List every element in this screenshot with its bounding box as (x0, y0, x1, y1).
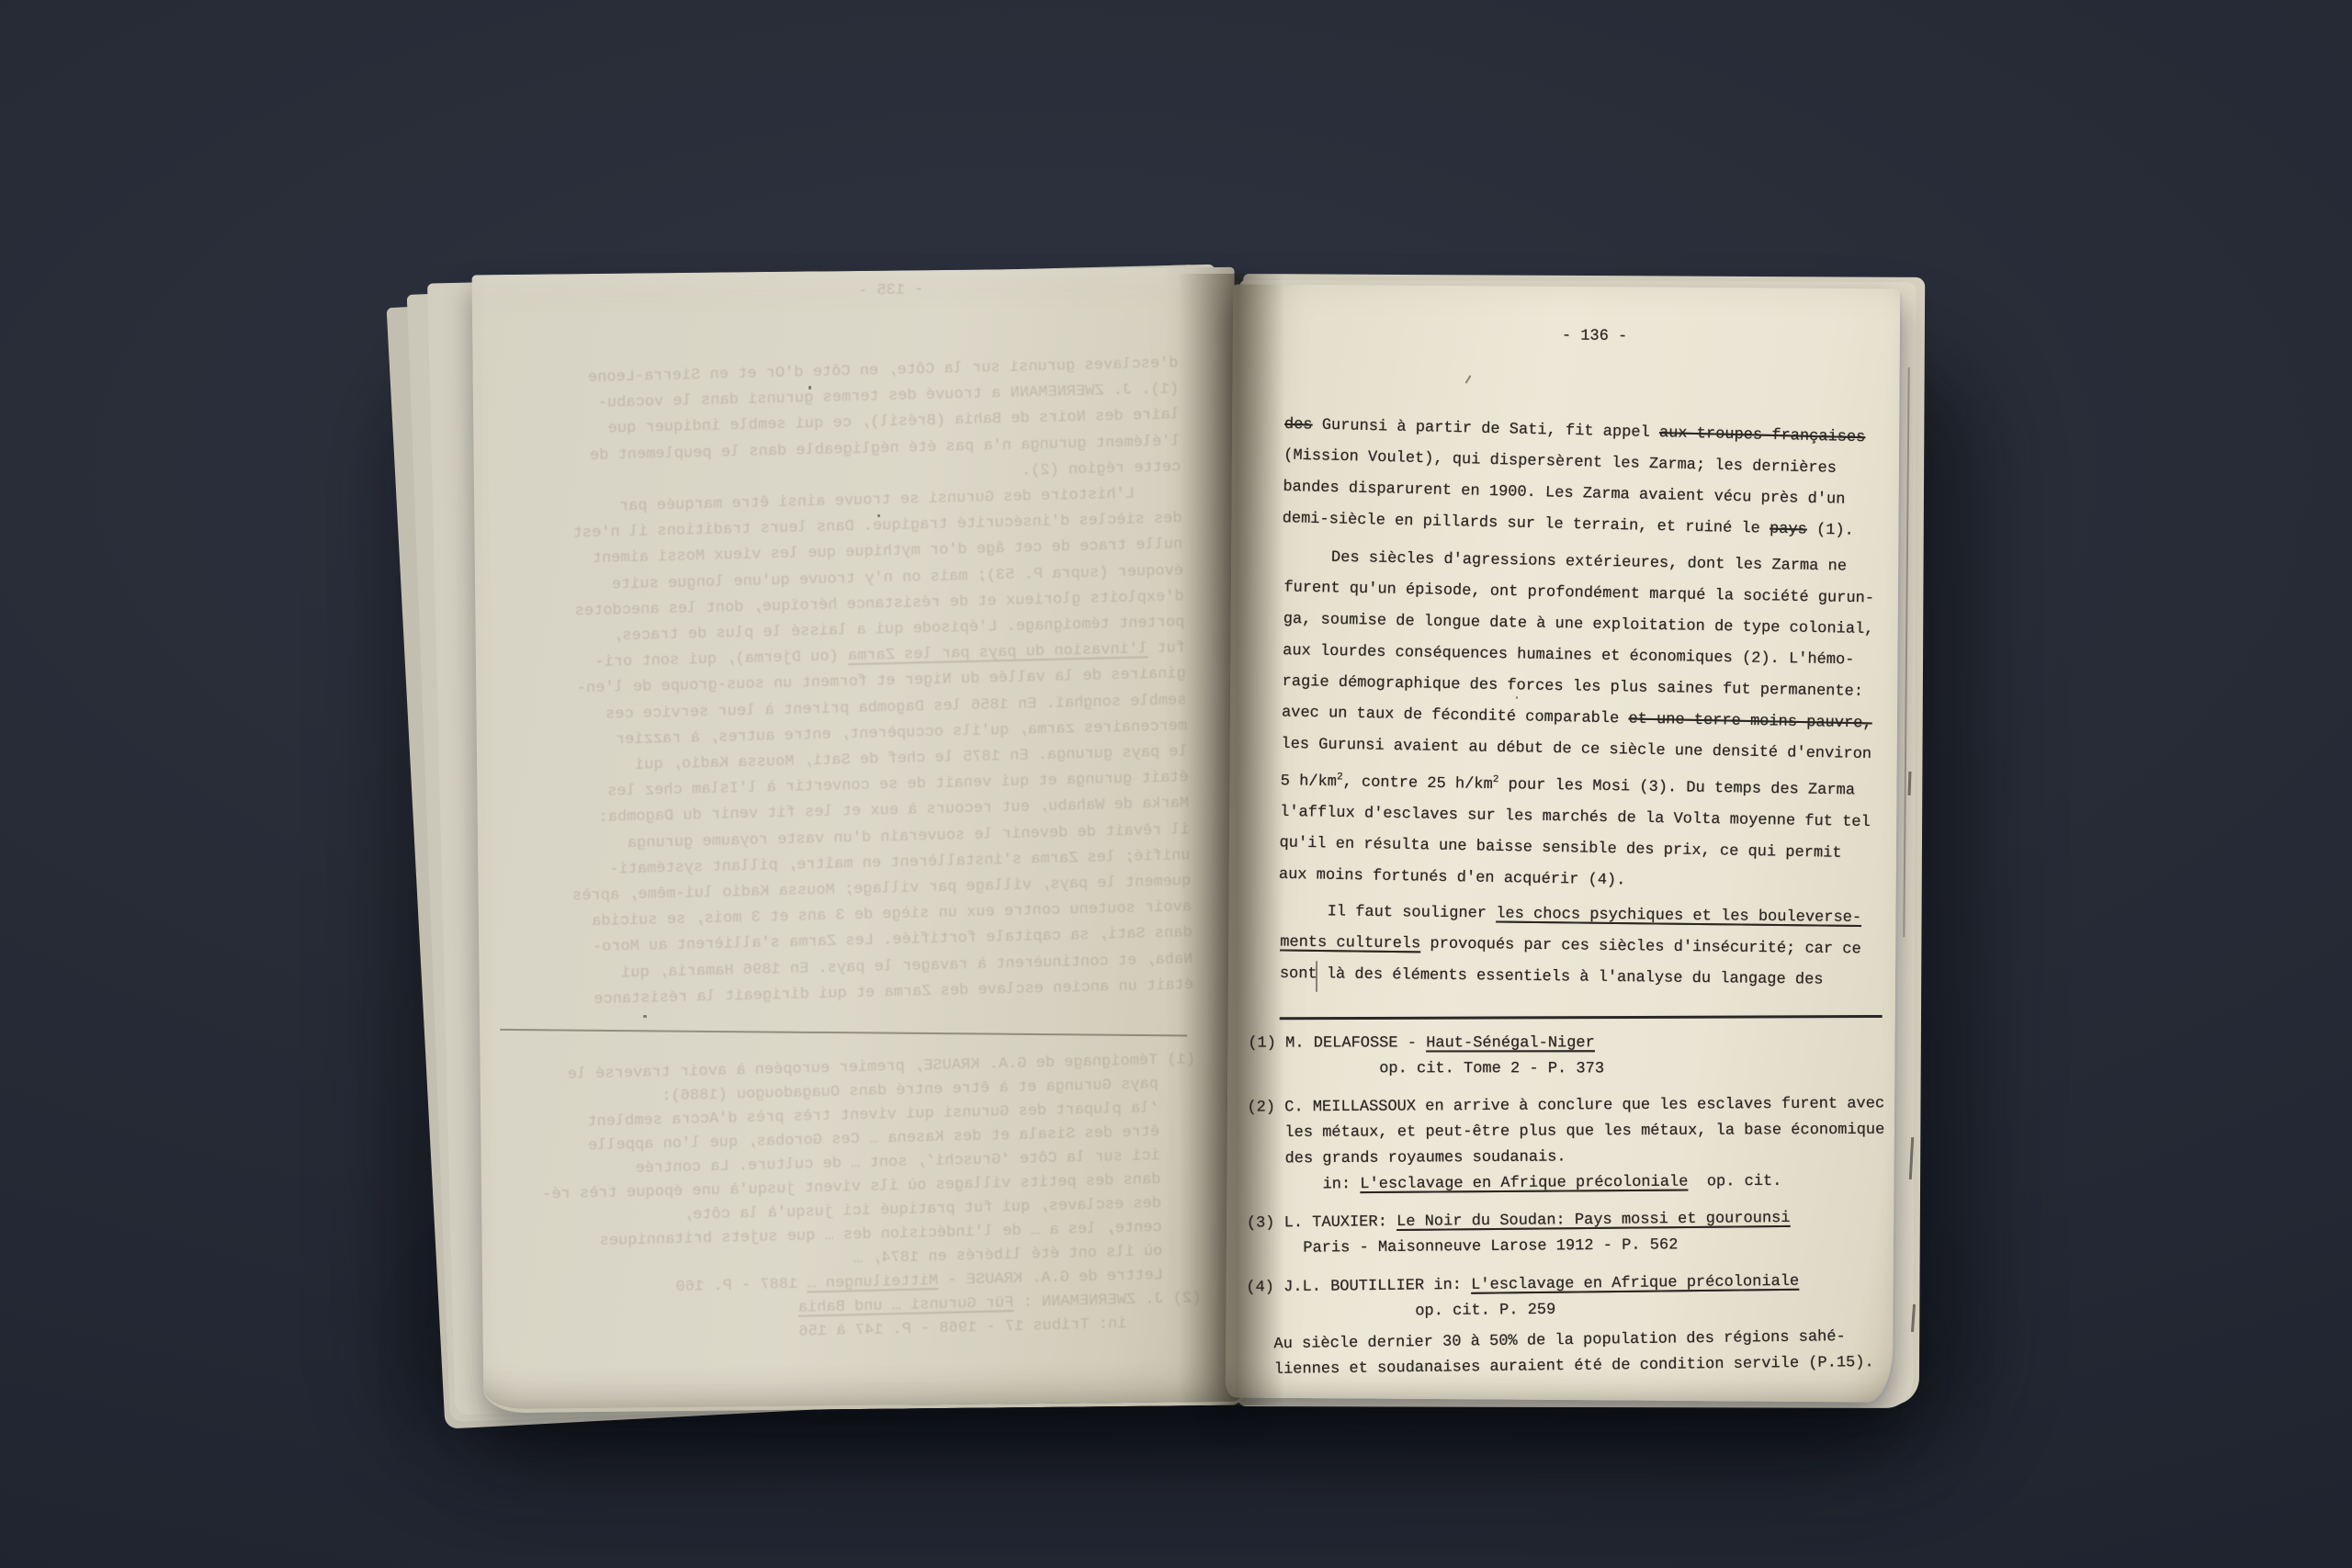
text-line: où ils ont été libérés en 1874, … (557, 1239, 1200, 1279)
text-line: des siècles d'insécurité tragique. Dans … (538, 507, 1182, 548)
footnote-2: (2) C. MEILLASSOUX en arrive à conclure … (1247, 1091, 1885, 1198)
text-line: cette région (2). (537, 455, 1181, 496)
text-line: (1) Témoignage de G.A. KRAUSE, premier e… (552, 1048, 1195, 1088)
text-line: portent témoignage. L'épisode qui a lais… (541, 610, 1184, 651)
text-line: était un ancien esclave des Zarma et qui… (550, 973, 1193, 1014)
text-line: (4) J.L. BOUTILLIER in: L'esclavage en A… (1246, 1269, 1883, 1302)
show-through-text: - 135 - d'esclaves gurunsi sur la Côte, … (472, 267, 1247, 1410)
page-stack-edge (407, 265, 1240, 1422)
text-line: liennes et soudanaises auraient été de c… (1246, 1350, 1883, 1383)
ghost-page-number: - 135 - (858, 276, 924, 306)
text-line: fut l'invasion du pays par les Zarma (ou… (542, 637, 1185, 678)
right-page: - 136 - des Gurunsi à partir de Sati, fi… (1226, 284, 1900, 1402)
text-line: d'exploits glorieux et de résistance hér… (541, 584, 1184, 626)
dust-speck (808, 386, 811, 389)
book-photo: - 135 - d'esclaves gurunsi sur la Côte, … (0, 0, 2352, 1568)
text-line: les métaux, et peut-être plus que les mé… (1248, 1118, 1885, 1146)
text-line: laire des Noirs de Bahia (Brésil), ce qu… (537, 403, 1180, 445)
text-line: Marka de Wahabu, eut recours à eux et le… (546, 792, 1189, 833)
text-line: avoir soutenu contre eux un siège de 3 a… (548, 895, 1192, 936)
page-edge-line (1903, 367, 1909, 937)
page-stack-edge (1237, 280, 1916, 1408)
text-line: bandes disparurent en 1900. Les Zarma av… (1283, 472, 1890, 517)
text-line: (1) M. DELAFOSSE - Haut-Sénégal-Niger (1248, 1031, 1885, 1057)
text-line: aux lourdes conséquences humaines et éco… (1283, 636, 1889, 677)
text-line: qu'il en résulta une baisse sensible des… (1279, 828, 1886, 870)
left-page: - 135 - d'esclaves gurunsi sur la Côte, … (472, 267, 1247, 1414)
text-line: Lettre de G.A. KRAUSE - Mitteilungen … 1… (558, 1263, 1201, 1303)
text-line: 5 h/km2, contre 25 h/km2 pour les Mosi (… (1280, 761, 1887, 807)
text-line: des grands royaumes soudanais. (1248, 1143, 1885, 1172)
text-line: demi-siècle en pillards sur le terrain, … (1282, 503, 1889, 547)
page-edge-ink-mark (1911, 1304, 1916, 1332)
text-line: il rêvait de devenir le souverain d'un v… (547, 818, 1190, 859)
text-line: l'afflux d'esclaves sur les marchés de l… (1280, 797, 1886, 840)
text-line: unifié; les Zarma s'installèrent en maît… (547, 843, 1190, 885)
text-line: ‘la plupart des Gurunsi qui vivent très … (553, 1096, 1196, 1135)
page-stack-edge (1238, 274, 1925, 1405)
text-line: L'histoire des Gurunsi se trouve ainsi ê… (538, 480, 1182, 522)
text-line: (Mission Voulet), qui dispersèrent les Z… (1283, 440, 1891, 486)
text-line: des esclaves, qui fut pratiqué ici jusqu… (556, 1191, 1199, 1231)
text-line: pays Gurunga et à être entré dans Ouagad… (553, 1072, 1196, 1111)
text-line: semble songhaï. En 1856 les Dagomba prir… (543, 688, 1186, 729)
dust-speck (643, 1015, 647, 1018)
text-line: (2) J. ZWERNEMANN : Für Gurunsi … und Ba… (558, 1287, 1201, 1326)
text-line: les Gurunsi avaient au début de ce siècl… (1281, 729, 1887, 772)
body-paragraph-2: Des siècles d'agressions extérieures, do… (1279, 542, 1892, 901)
footnote-4: (4) J.L. BOUTILLIER in: L'esclavage en A… (1246, 1269, 1884, 1327)
book-shadow (395, 349, 1975, 1461)
book-bottom-shadow (478, 1286, 1893, 1442)
text-line: sont là des éléments essentiels à l'anal… (1280, 959, 1886, 997)
text-line: op. cit. Tome 2 - P. 373 (1248, 1056, 1885, 1082)
text-line: avec un taux de fécondité comparable et … (1282, 697, 1889, 739)
text-line: aux moins fortunés d'en acquérir (4). (1279, 860, 1885, 902)
text-line: dans Sati, sa capitale fortifiée. Les Za… (548, 921, 1192, 963)
page-edge-ink-mark (1908, 772, 1912, 795)
footnote-separator (1280, 1015, 1883, 1020)
text-line: furent qu'un épisode, ont profondément m… (1283, 572, 1891, 615)
text-line: (2) C. MEILLASSOUX en arrive à conclure … (1247, 1091, 1884, 1121)
ghost-footnotes: (1) Témoignage de G.A. KRAUSE, premier e… (552, 1048, 1202, 1350)
text-line: mercenaires zarma, qu'ils occupèrent, en… (544, 714, 1187, 755)
text-line: Au siècle dernier 30 à 50% de la populat… (1246, 1325, 1883, 1359)
text-line: l'élément gurunga n'a pas été négligeabl… (537, 429, 1180, 470)
body-paragraph-3: Il faut souligner les chocs psychiques e… (1280, 897, 1887, 997)
text-line: Naba, et continuèrent à ravager le pays.… (549, 947, 1193, 988)
text-line: d'esclaves gurunsi sur la Côte, en Côte … (535, 351, 1178, 392)
page-number: - 136 - (1562, 321, 1891, 355)
text-line: être des Sisala et des Kasena … Ces Goro… (554, 1120, 1197, 1159)
pen-mark (1316, 961, 1317, 992)
footnote-1: (1) M. DELAFOSSE - Haut-Sénégal-Niger op… (1248, 1031, 1885, 1083)
text-line: ments culturels provoqués par ces siècle… (1280, 927, 1886, 965)
typed-text: - 136 - des Gurunsi à partir de Sati, fi… (1226, 284, 1891, 1388)
text-line: cente, les a … de l'indécision des … que… (556, 1215, 1199, 1255)
text-line: in: Tribus 17 - 1968 - P. 147 à 156 (559, 1311, 1202, 1350)
text-line: ginaires de la vallée du Niger et formen… (543, 662, 1186, 704)
text-line: in: L'esclavage en Afrique précoloniale … (1248, 1168, 1885, 1199)
text-line: (1). J. ZWERNEMANN a trouvé des termes g… (536, 378, 1179, 419)
dust-speck (1465, 375, 1472, 384)
text-line: était gurunga et qui venait de se conver… (545, 765, 1188, 807)
text-line: dans des petits villages où ils vivent j… (555, 1168, 1198, 1207)
text-line: quement le pays, village par village; Mo… (548, 869, 1191, 910)
dust-speck (877, 514, 880, 517)
text-line: (3) L. TAUXIER: Le Noir du Soudan: Pays … (1247, 1205, 1884, 1237)
text-line: Des siècles d'agressions extérieures, do… (1284, 542, 1891, 584)
text-line: le pays gurunga. En 1875 le chef de Sati… (545, 739, 1188, 781)
text-line: ga, soumise de longue date à une exploit… (1283, 604, 1889, 647)
gutter-shadow (1178, 274, 1284, 1405)
text-line: Il faut souligner les chocs psychiques e… (1280, 897, 1886, 934)
text-line: ici sur la Côte ‘Gruschi’, sont … de cul… (554, 1144, 1197, 1183)
text-line: Paris - Maisonneuve Larose 1912 - P. 562 (1247, 1231, 1884, 1262)
dust-speck (1516, 696, 1518, 699)
text-line: ragie démographique des forces les plus … (1282, 667, 1888, 709)
footnote-3: (3) L. TAUXIER: Le Noir du Soudan: Pays … (1247, 1205, 1885, 1263)
ghost-body-text: d'esclaves gurunsi sur la Côte, en Côte … (535, 351, 1193, 1014)
text-line: des Gurunsi à partir de Sati, fit appel … (1284, 410, 1892, 455)
body-paragraph-1: des Gurunsi à partir de Sati, fit appel … (1282, 410, 1891, 548)
text-line: évoquer (supra P. 53); mais on n'y trouv… (540, 558, 1183, 600)
page-stack-edge (427, 265, 1243, 1416)
footnotes: (1) M. DELAFOSSE - Haut-Sénégal-Niger op… (1246, 1032, 1886, 1389)
footnote-5: Au siècle dernier 30 à 50% de la populat… (1246, 1325, 1884, 1384)
page-edge-ink-mark (1909, 1137, 1914, 1179)
page-stack-edge (387, 266, 1235, 1428)
text-line: nulle trace de cet âge d'or mythique que… (539, 533, 1182, 574)
text-line: op. cit. P. 259 (1247, 1294, 1884, 1326)
ghost-footnote-separator (500, 1029, 1187, 1037)
